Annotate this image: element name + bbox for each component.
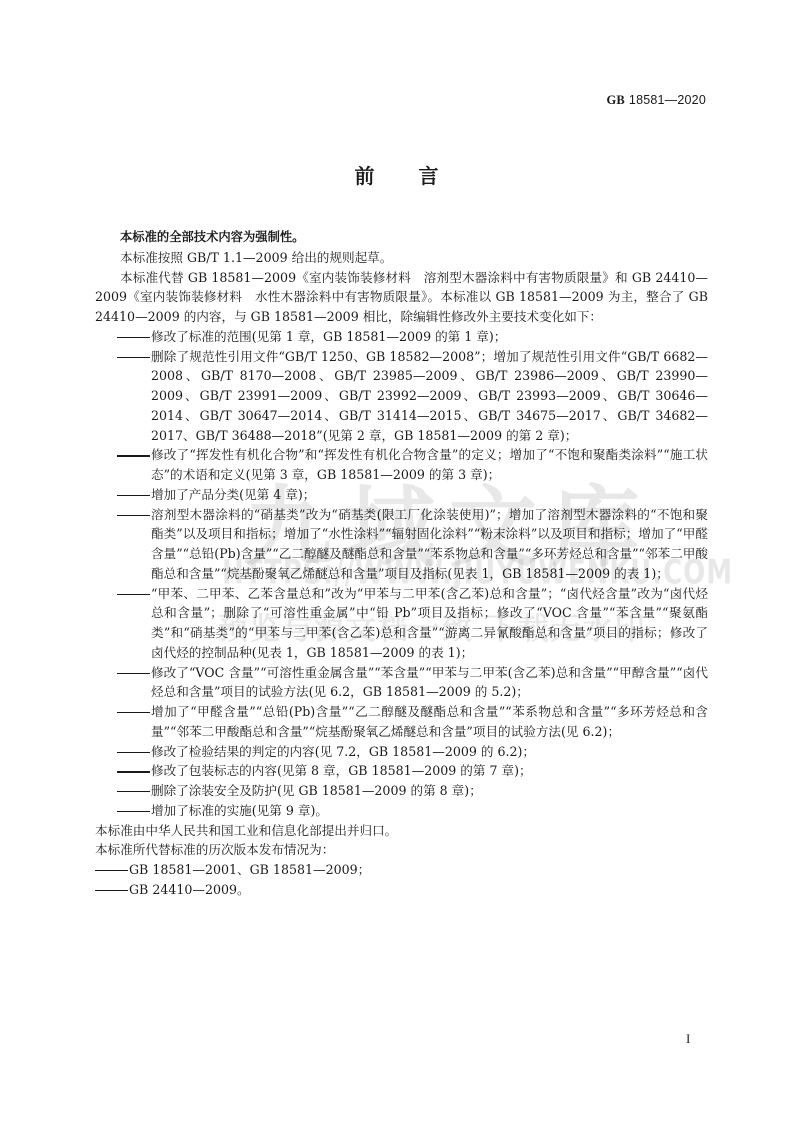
standard-code-header: GB18581—2020: [606, 93, 706, 108]
change-item: 增加了“甲醛含量”“总铅(Pb)含量”“乙二醇醚及醚酯总和含量”“苯系物总和含量…: [95, 702, 708, 742]
mandatory-statement: 本标准的全部技术内容为强制性。: [95, 228, 708, 248]
standard-code-prefix: GB: [606, 93, 624, 107]
standard-code-number: 18581—2020: [629, 93, 706, 107]
previous-edition-item: GB 18581—2001、GB 18581—2009；: [95, 860, 708, 880]
change-item: 修改了检验结果的判定的内容(见 7.2，GB 18581—2009 的 6.2)…: [95, 742, 708, 762]
change-item: 修改了标准的范围(见第 1 章，GB 18581—2009 的第 1 章)；: [95, 327, 708, 347]
page-number: I: [686, 1031, 690, 1047]
change-item: 溶剂型木器涂料的“硝基类”改为“硝基类(限工厂化涂装使用)”；增加了溶剂型木器涂…: [95, 505, 708, 584]
change-item: “甲苯、二甲苯、乙苯含量总和”改为“甲苯与二甲苯(含乙苯)总和含量”；“卤代烃含…: [95, 584, 708, 663]
change-item: 增加了标准的实施(见第 9 章)。: [95, 801, 708, 821]
change-item: 增加了产品分类(见第 4 章)；: [95, 485, 708, 505]
drafting-rules-paragraph: 本标准按照 GB/T 1.1—2009 给出的规则起草。: [95, 248, 708, 268]
change-item: 删除了涂装安全及防护(见 GB 18581—2009 的第 8 章)；: [95, 781, 708, 801]
page-title: 前言: [0, 160, 793, 189]
change-item: 修改了包装标志的内容(见第 8 章，GB 18581—2009 的第 7 章)；: [95, 761, 708, 781]
foreword-body: 本标准的全部技术内容为强制性。 本标准按照 GB/T 1.1—2009 给出的规…: [95, 228, 708, 900]
previous-edition-item: GB 24410—2009。: [95, 880, 708, 900]
change-item: 修改了“VOC 含量”“可溶性重金属含量”“苯含量”“甲苯与二甲苯(含乙苯)总和…: [95, 663, 708, 703]
change-item: 删除了规范性引用文件“GB/T 1250、GB 18582—2008”；增加了规…: [95, 347, 708, 446]
change-item: 修改了“挥发性有机化合物”和“挥发性有机化合物含量”的定义；增加了“不饱和聚酯类…: [95, 445, 708, 485]
proposing-authority-paragraph: 本标准由中华人民共和国工业和信息化部提出并归口。: [95, 821, 708, 841]
replacement-paragraph: 本标准代替 GB 18581—2009《室内装饰装修材料 溶剂型木器涂料中有害物…: [95, 268, 708, 327]
previous-editions-heading: 本标准所代替标准的历次版本发布情况为：: [95, 840, 708, 860]
